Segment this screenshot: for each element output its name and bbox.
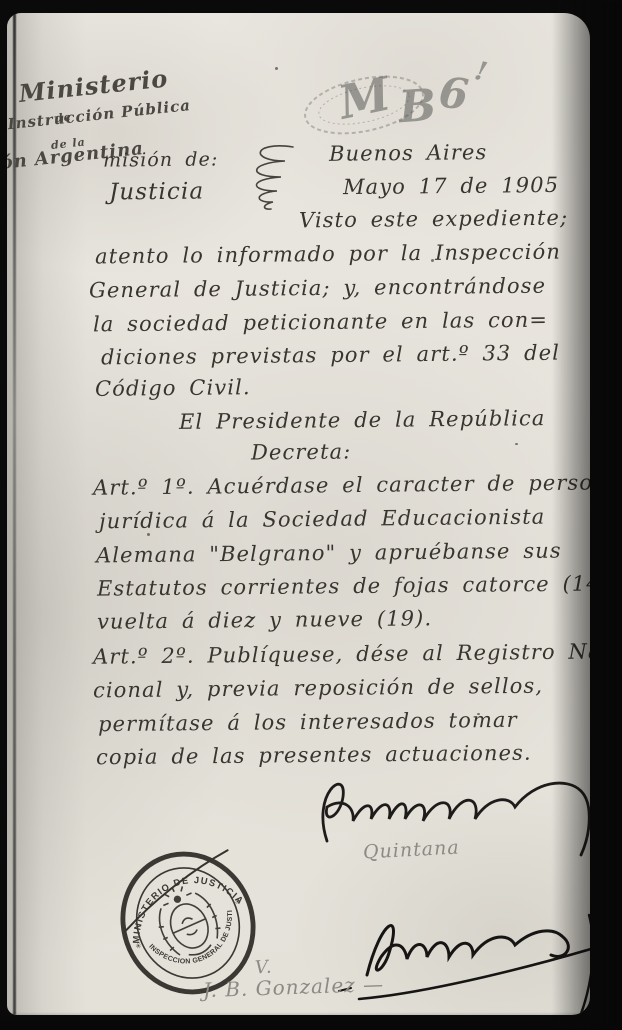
body-line-art2: Art.º 2º. Publíquese, dése al Registro N…: [93, 639, 590, 669]
paper-page: Ministerio de é Instrucción Pública de l…: [7, 13, 590, 1015]
scanned-document: Ministerio de é Instrucción Pública de l…: [0, 0, 622, 1030]
body-line: la sociedad peticionante en las con=: [93, 308, 548, 337]
dateline-date: Mayo 17 de 1905: [343, 173, 559, 199]
pencil-mark-b: B: [397, 80, 438, 133]
body-line: Estatutos corrientes de fojas catorce (1…: [97, 571, 590, 600]
dateline-city: Buenos Aires: [329, 140, 488, 166]
ink-speck: [515, 443, 518, 445]
body-line: Alemana "Belgrano" y apruébanse sus: [96, 539, 562, 568]
ink-speck: [275, 67, 278, 70]
body-line: General de Justicia; y, encontrándose: [89, 274, 546, 303]
body-line-art1: Art.º 1º. Acuérdase el caracter de perso…: [93, 470, 590, 500]
note-mision-de: misión de:: [103, 148, 219, 171]
body-line: atento lo informado por la Inspección: [95, 240, 561, 269]
body-line: jurídica á la Sociedad Educacionista: [99, 505, 546, 534]
body-line: vuelta á diez y nueve (19).: [97, 606, 432, 634]
note-justicia: Justicia: [109, 179, 204, 206]
body-line: Código Civil.: [95, 375, 251, 401]
body-line: diciones previstas por el art.º 33 del: [101, 341, 560, 370]
ink-speck: [431, 259, 434, 262]
pencil-mark-6: 6: [437, 68, 471, 120]
body-line: El Presidente de la República: [179, 406, 546, 434]
ink-speck: [103, 75, 107, 78]
scan-right-edge-shadow: [552, 0, 622, 1030]
body-line: Visto este expediente;: [299, 206, 568, 233]
spiral-flourish: [235, 139, 299, 211]
body-line: cional y, previa reposición de sellos,: [93, 674, 543, 703]
pencil-note-quintana: Quintana: [362, 836, 460, 863]
pencil-mark-m: M: [334, 66, 395, 129]
scan-bottom-edge-shadow: [0, 1012, 622, 1030]
body-line: Decreta:: [251, 439, 352, 464]
ink-speck: [147, 533, 150, 536]
body-line: permítase á los interesados tomar: [98, 708, 518, 736]
pencil-mark-exclaim: !: [472, 56, 490, 88]
ink-speck: [477, 713, 480, 715]
